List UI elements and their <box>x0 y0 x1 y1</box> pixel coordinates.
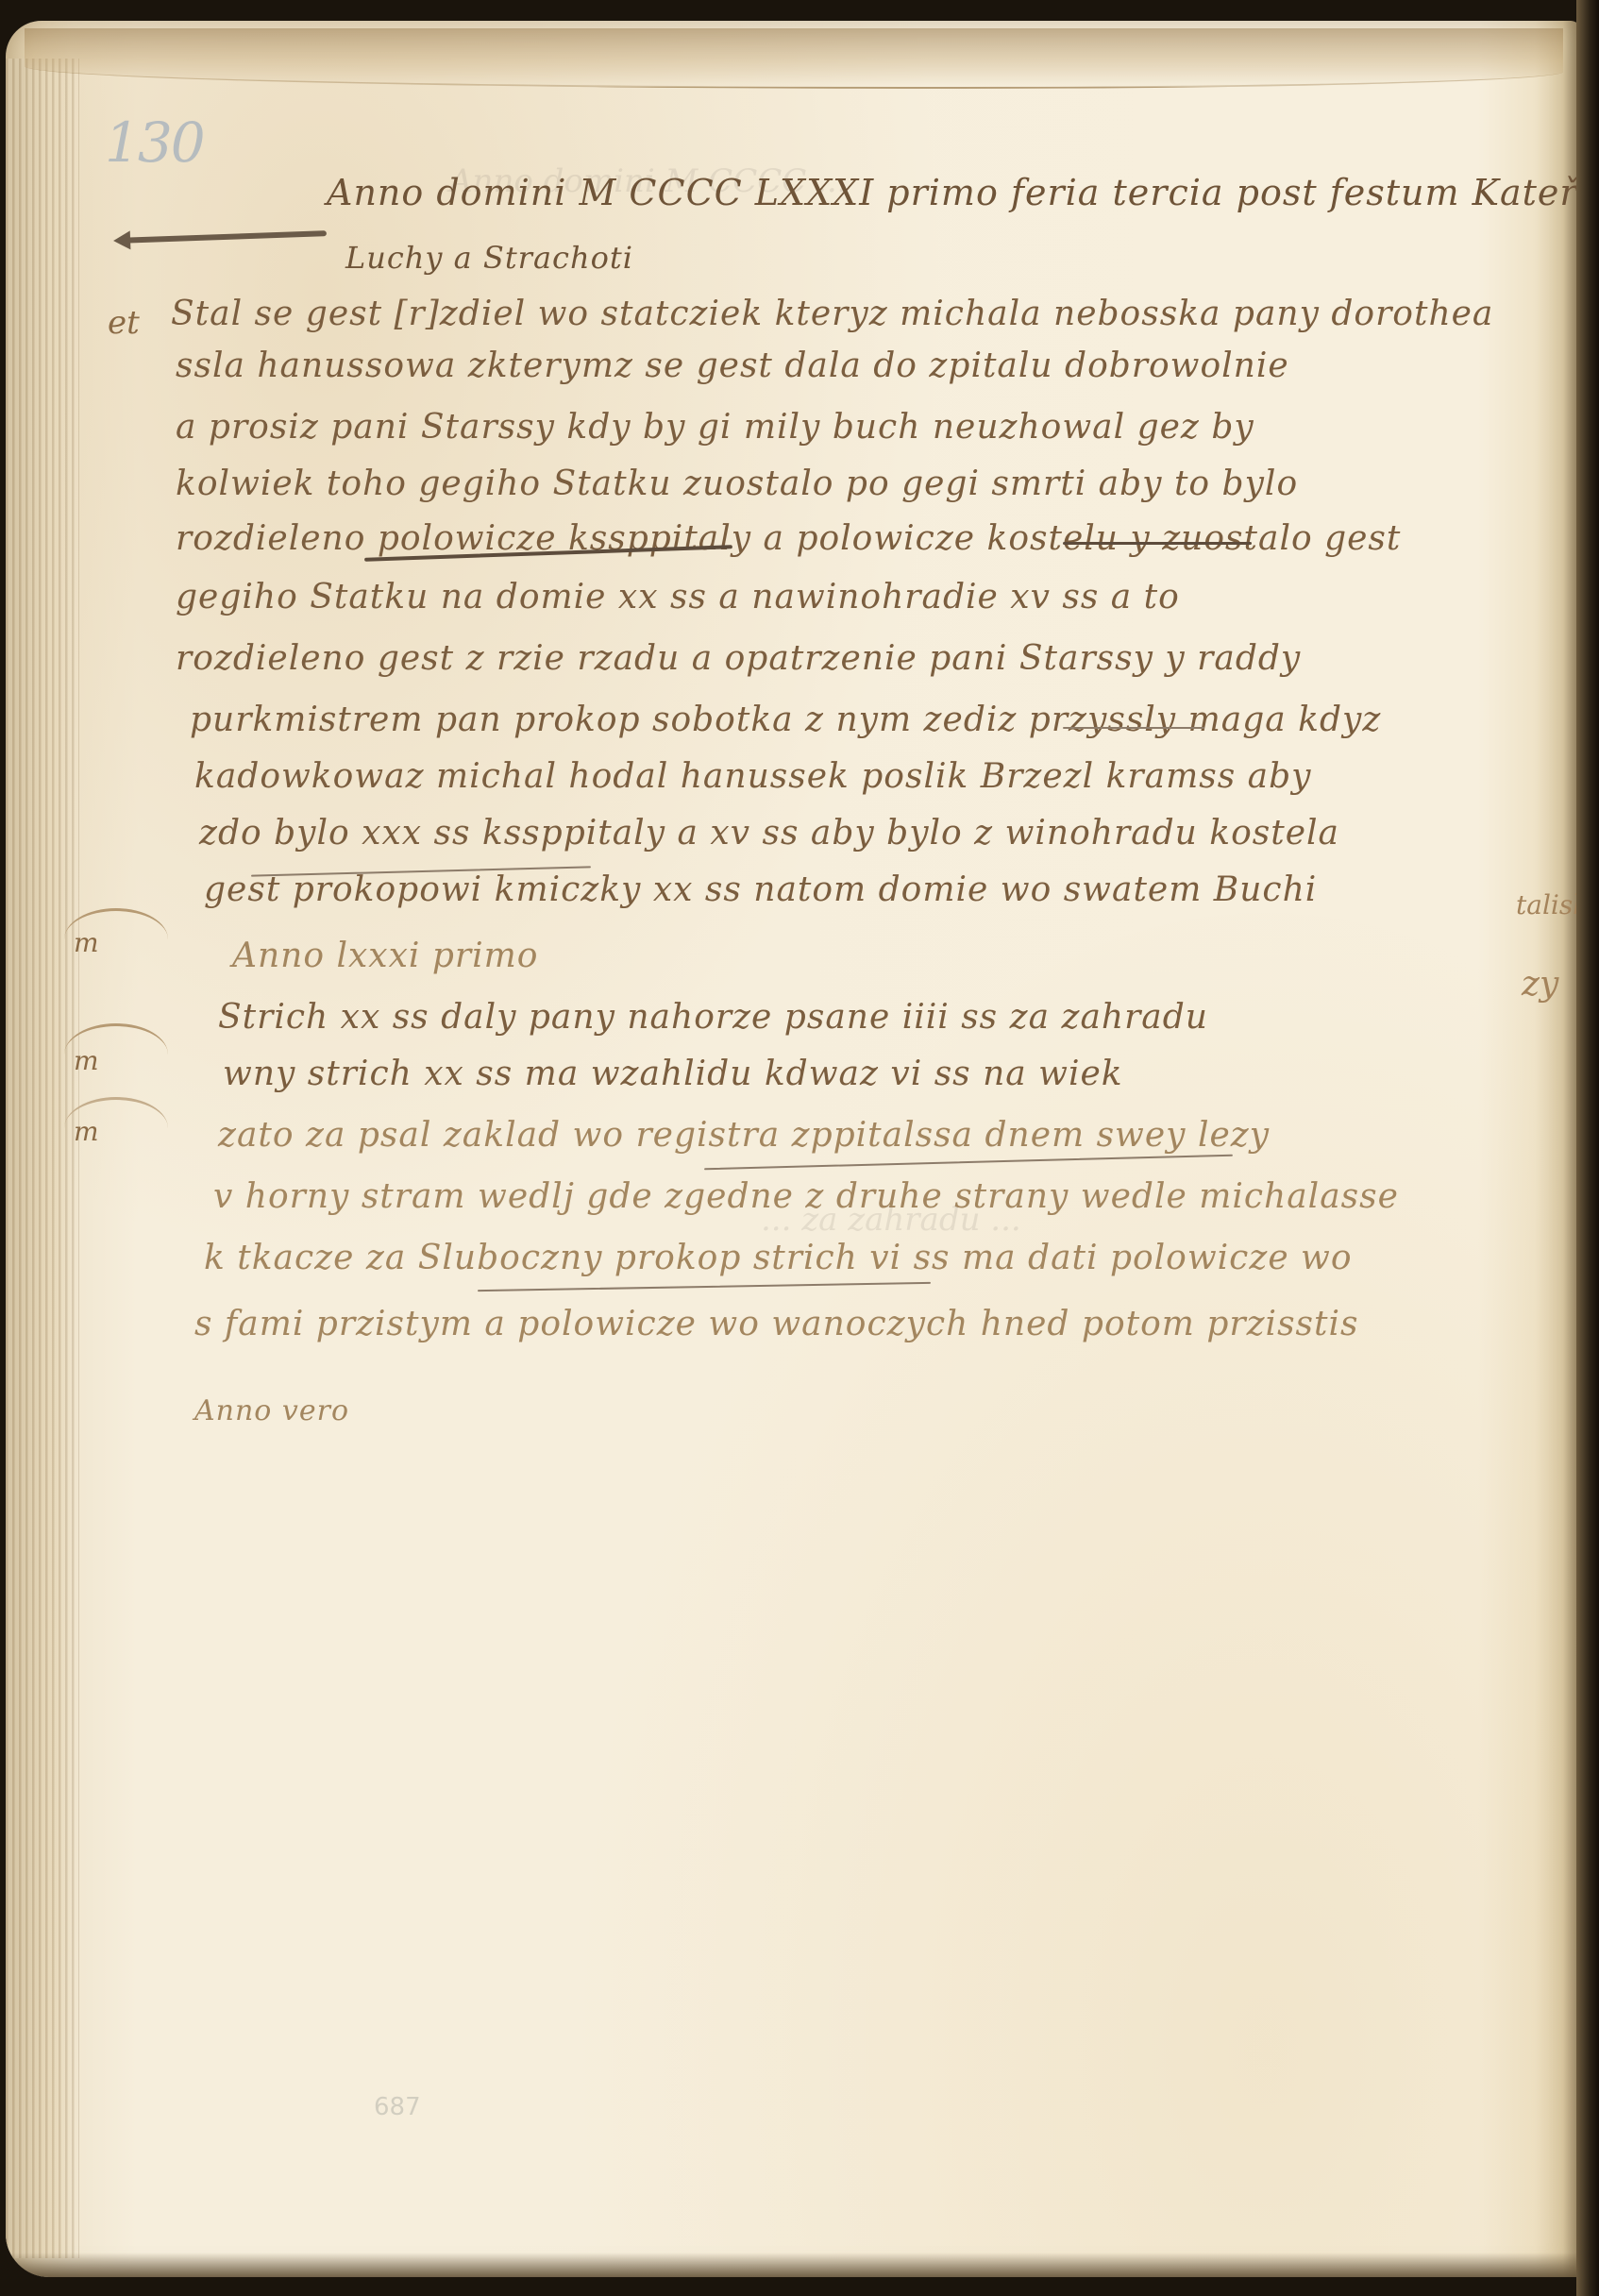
text-line-17: k tkacze za Sluboczny prokop strich vi s… <box>204 1239 1353 1277</box>
text-line-9: kadowkowaz michal hodal hanussek poslik … <box>194 757 1311 796</box>
heading-line-1: Anno domini M CCCC LXXXI primo feria ter… <box>327 172 1580 213</box>
margin-note-m3: m <box>74 1116 99 1147</box>
text-line-15: zato za psal zaklad wo registra zppitals… <box>218 1116 1270 1155</box>
margin-note-m1: m <box>74 927 99 958</box>
text-line-4: kolwiek toho gegiho Statku zuostalo po g… <box>176 464 1298 503</box>
margin-note-right-1: talisko <box>1516 889 1580 920</box>
margin-note-m2: m <box>74 1045 99 1076</box>
text-line-5: rozdieleno polowicze kssppitaly a polowi… <box>176 519 1401 558</box>
manuscript-page: Anno domini M CCCC ... ... za zahradu ..… <box>6 21 1580 2277</box>
text-line-13: Strich xx ss daly pany nahorze psane iii… <box>218 998 1208 1037</box>
water-stain-top <box>25 28 1563 89</box>
page-binding-edge <box>6 59 79 2258</box>
text-line-16: v horny stram wedlj gde zgedne z druhe s… <box>213 1177 1399 1216</box>
book-edge-right <box>1576 0 1599 2296</box>
pencil-archive-number: 687 <box>374 2093 421 2121</box>
text-line-19: Anno vero <box>194 1394 349 1427</box>
text-line-1: Stal se gest [r]zdiel wo statcziek ktery… <box>171 295 1493 333</box>
text-line-3: a prosiz pani Starssy kdy by gi mily buc… <box>176 408 1254 447</box>
margin-note-right-2: zy <box>1522 965 1558 1004</box>
text-line-11: gest prokopowi kmiczky xx ss natom domie… <box>204 870 1317 909</box>
margin-note-et: et <box>108 304 140 342</box>
text-line-6: gegiho Statku na domie xx ss a nawinohra… <box>176 578 1180 616</box>
text-line-2: ssla hanussowa zkterymz se gest dala do … <box>176 346 1289 385</box>
folio-number: 130 <box>105 110 204 175</box>
text-line-12: Anno lxxxi primo <box>232 937 538 975</box>
text-line-7: rozdieleno gest z rzie rzadu a opatrzeni… <box>176 639 1301 678</box>
text-line-18: s fami przistym a polowicze wo wanoczych… <box>194 1305 1358 1343</box>
text-line-14: wny strich xx ss ma wzahlidu kdwaz vi ss… <box>223 1055 1123 1093</box>
underline-thin <box>1063 727 1204 729</box>
text-line-10: zdo bylo xxx ss kssppitaly a xv ss aby b… <box>199 814 1339 853</box>
underline-stroke <box>1063 542 1252 545</box>
text-line-8: purkmistrem pan prokop sobotka z nym zed… <box>190 701 1381 739</box>
heading-line-2: Luchy a Strachoti <box>345 240 633 276</box>
underline-thin <box>478 1282 931 1291</box>
manuscript-scan: Anno domini M CCCC ... ... za zahradu ..… <box>0 0 1599 2296</box>
page-bottom-edge <box>6 2253 1580 2277</box>
pointer-arrow-mark <box>119 230 327 244</box>
underline-thin <box>704 1155 1233 1171</box>
